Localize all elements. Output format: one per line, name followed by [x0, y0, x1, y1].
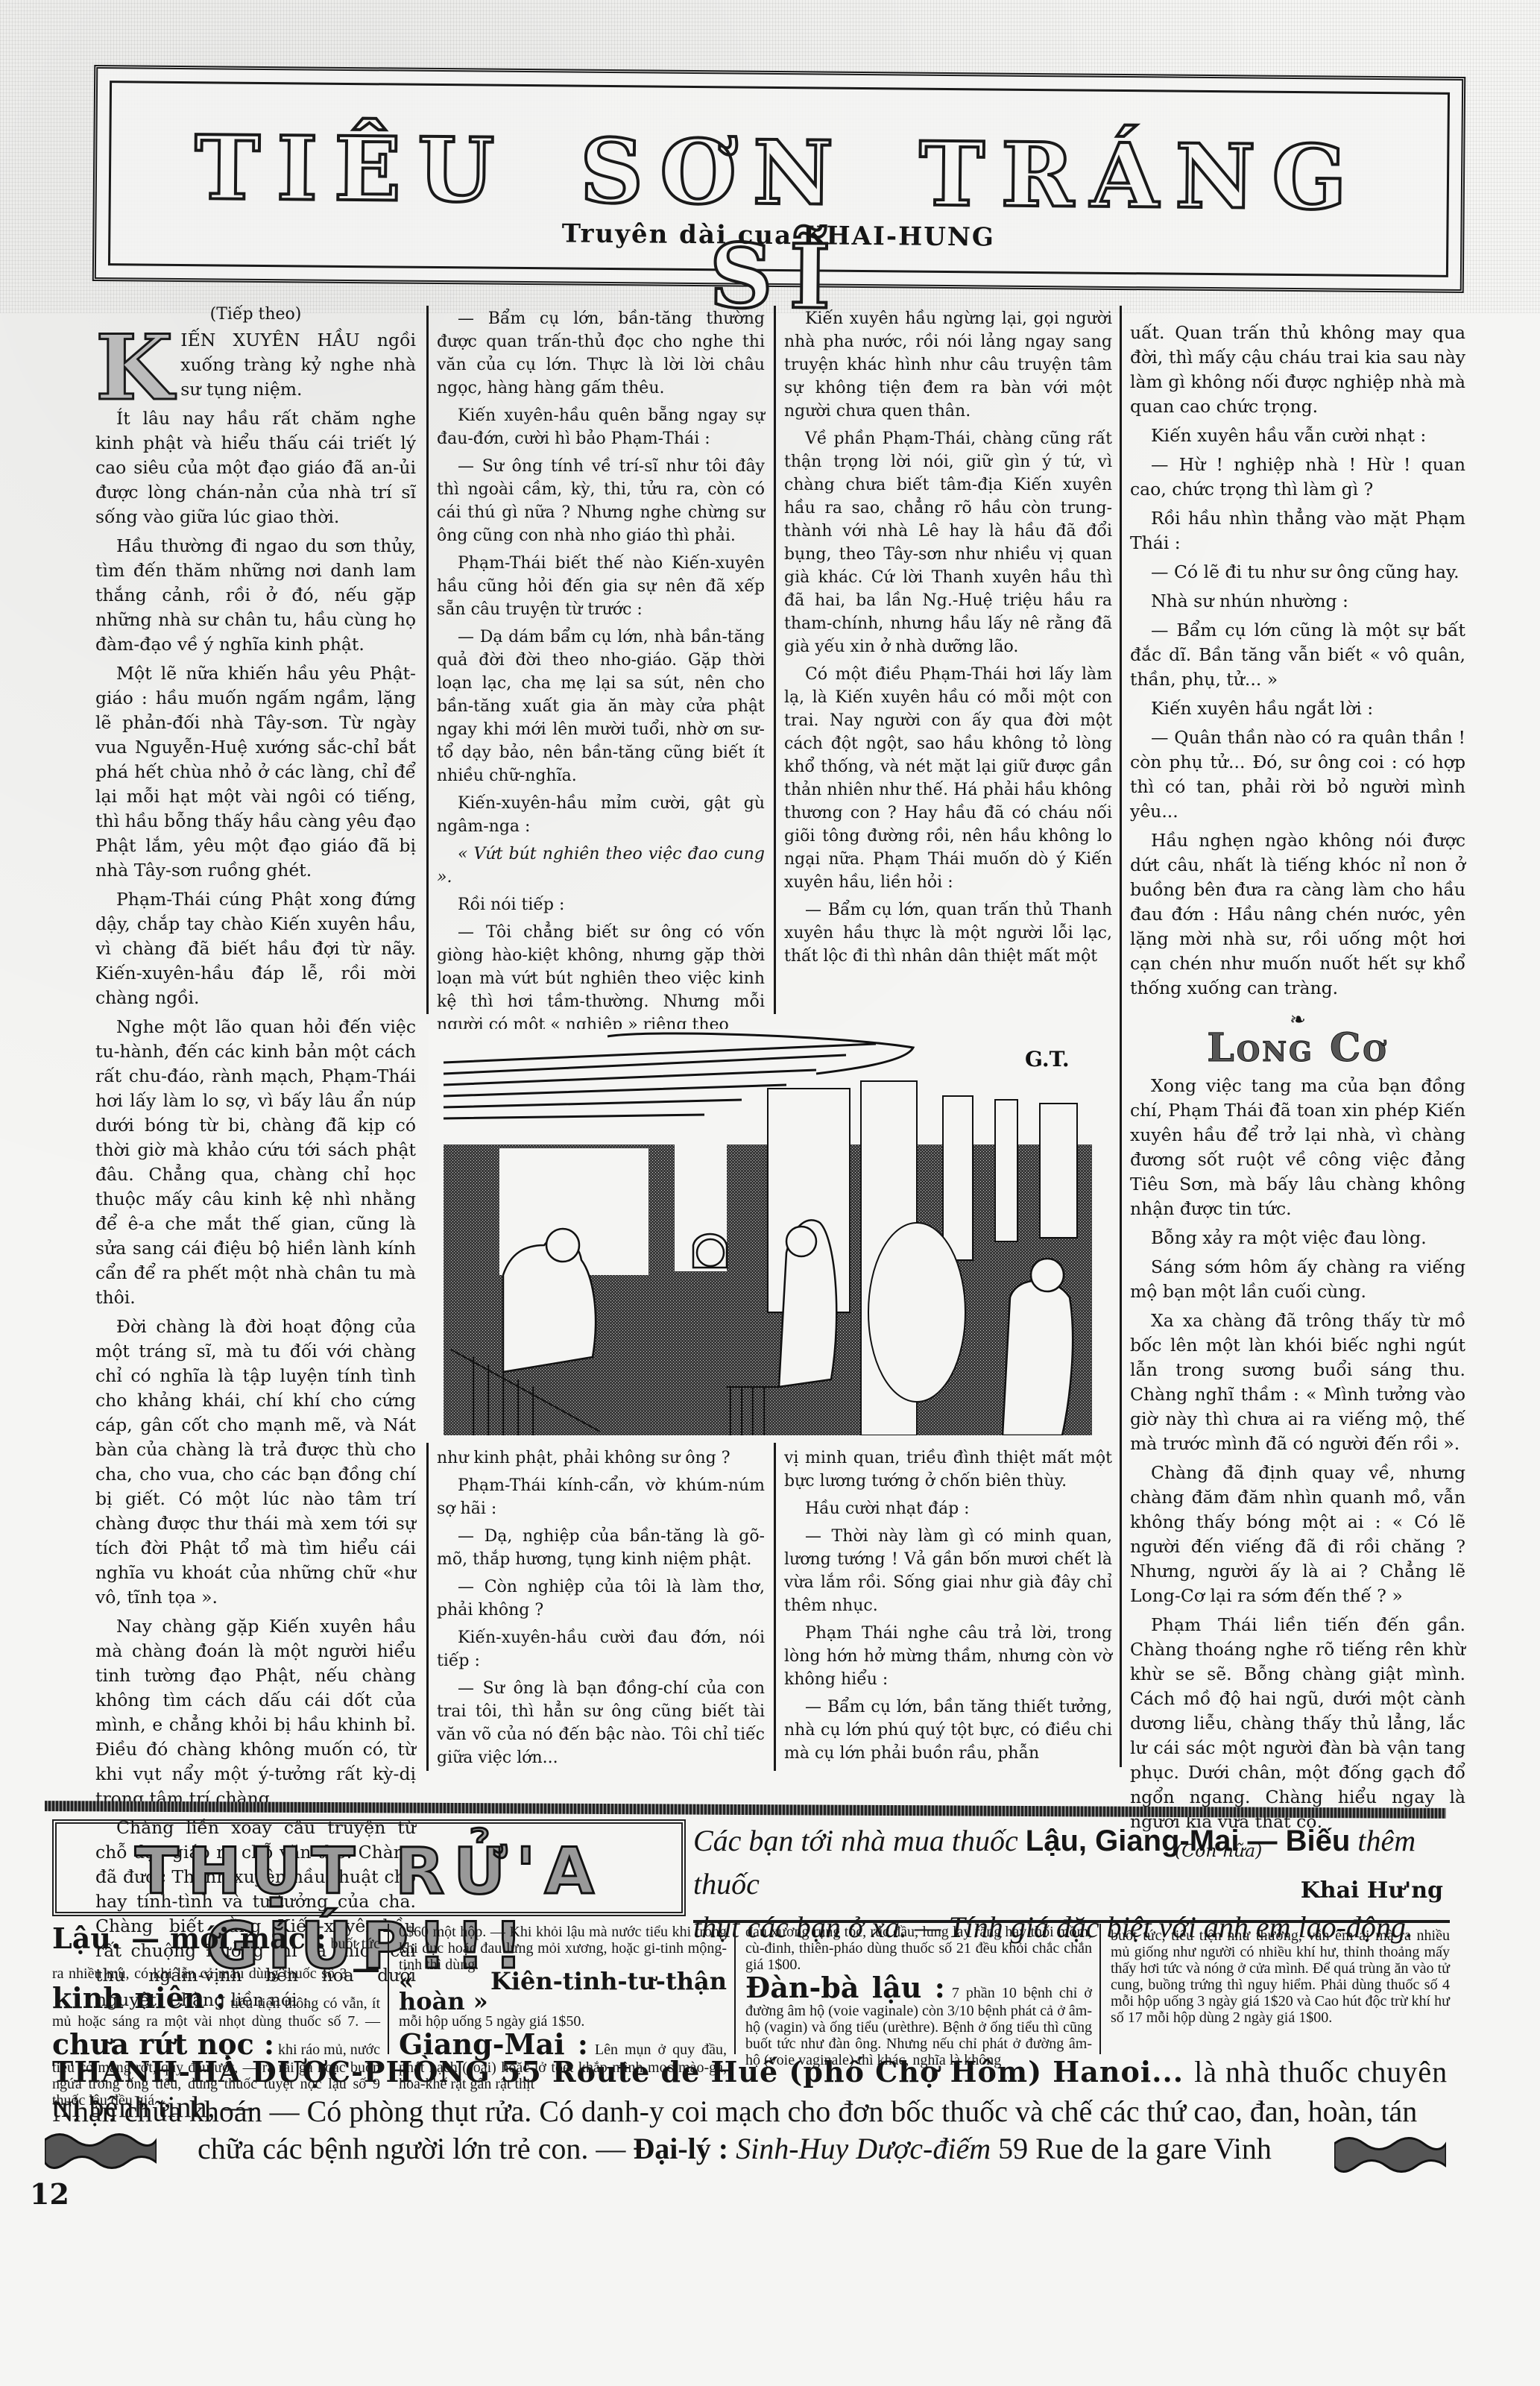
- wave-ornament-icon: [1334, 2132, 1446, 2177]
- wave-ornament-icon: [45, 2129, 157, 2173]
- illustrator-signature: G.T.: [1025, 1047, 1070, 1071]
- paragraph: Phạm-Thái biết thế nào Kiến-xuyên hầu cũ…: [437, 552, 765, 621]
- paragraph: Kiến-xuyên-hầu mỉm cười, gật gù ngâm-nga…: [437, 792, 765, 838]
- pharmacy-agent: chữa các bệnh người lớn trẻ con. — Đại-l…: [52, 2131, 1540, 2166]
- paragraph: Nay chàng gặp Kiến xuyên hầu mà chàng đo…: [95, 1614, 416, 1811]
- paragraph: — Còn nghiệp của tôi là làm thơ, phải kh…: [437, 1576, 765, 1622]
- ad-column-divider: [388, 1924, 389, 2054]
- paragraph: — Quân thần nào có ra quân thần ! còn ph…: [1130, 725, 1465, 824]
- paragraph: như kinh phật, phải không sư ông ?: [437, 1447, 765, 1470]
- paragraph: Hầu thường đi ngao du sơn thủy, tìm đến …: [95, 534, 416, 657]
- paragraph: Chàng đã định quay về, nhưng chàng đăm đ…: [1130, 1461, 1465, 1608]
- paragraph: Rồi nói tiếp :: [437, 893, 765, 916]
- paragraph: Kiến-xuyên-hầu cười đau đớn, nói tiếp :: [437, 1626, 765, 1672]
- paragraph: Rồi hầu nhìn thẳng vào mặt Phạm Thái :: [1130, 506, 1465, 555]
- ad-column-khi-hu: buốt tức, tiểu tiện như thường, vẫn êm á…: [1111, 1927, 1450, 2026]
- article-column-3-top: Kiến xuyên hầu ngừng lại, gọi người nhà …: [784, 307, 1112, 972]
- column-divider: [426, 1443, 429, 1771]
- masthead: TIÊU SƠN TRÁNG SĨ Truyên dài cua KHAI-HU…: [92, 65, 1465, 293]
- paragraph: KIẾN XUYÊN HẦU ngồi xuống tràng kỷ nghe …: [95, 328, 416, 402]
- paragraph: — Dạ, nghiệp của bần-tăng là gõ-mõ, thắp…: [437, 1525, 765, 1571]
- paragraph: — Bẩm cụ lớn cũng là một sự bất đắc dĩ. …: [1130, 618, 1465, 692]
- paragraph: — Có lẽ đi tu như sư ông cũng hay.: [1130, 560, 1465, 585]
- paragraph: Phạm Thái nghe câu trả lời, trong lòng h…: [784, 1622, 1112, 1691]
- article-column-4: uất. Quan trấn thủ không may qua đời, th…: [1130, 321, 1465, 1903]
- article-column-1: (Tiếp theo) KIẾN XUYÊN HẦU ngồi xuống tr…: [95, 302, 416, 2017]
- paragraph: Có một điều Phạm-Thái hơi lấy làm lạ, là…: [784, 663, 1112, 894]
- paragraph: — Bẩm cụ lớn, quan trấn thủ Thanh xuyên …: [784, 898, 1112, 968]
- ad-column-dan-ba-lau: đau xương rụng tóc, rúc đầu, lung lay ră…: [745, 1924, 1092, 2068]
- newspaper-page: TIÊU SƠN TRÁNG SĨ Truyên dài cua KHAI-HU…: [0, 0, 1540, 2386]
- illustration-drawing: G.T.: [429, 1029, 1107, 1435]
- paragraph: vị minh quan, triều đình thiệt mất một b…: [784, 1447, 1112, 1493]
- column-divider: [774, 1443, 776, 1771]
- paragraph: Nghe một lão quan hỏi đến việc tu-hành, …: [95, 1015, 416, 1310]
- ad-column-divider: [734, 1924, 736, 2054]
- paragraph: Về phần Phạm-Thái, chàng cũng rất thận t…: [784, 427, 1112, 658]
- story-illustration: G.T.: [429, 1029, 1107, 1435]
- paragraph: — Bẩm cụ lớn, bần-tăng thường được quan …: [437, 307, 765, 400]
- drop-cap: K: [95, 331, 173, 406]
- paragraph: Hầu nghẹn ngào không nói được dứt câu, n…: [1130, 828, 1465, 1001]
- paragraph: Nhà sư nhún nhường :: [1130, 589, 1465, 614]
- ad-rule: [693, 1920, 1450, 1923]
- paragraph: Kiến xuyên hầu ngắt lời :: [1130, 696, 1465, 721]
- paragraph: — Hừ ! nghiệp nhà ! Hừ ! quan cao, chức …: [1130, 453, 1465, 502]
- paragraph: Kiến xuyên hầu ngừng lại, gọi người nhà …: [784, 307, 1112, 423]
- pharmacy-services: Nhận chữa khoán — Có phòng thụt rửa. Có …: [52, 2094, 1468, 2129]
- verse-quote: « Vứt bút nghiên theo việc đao cung ».: [437, 843, 765, 889]
- paragraph: Phạm-Thái kính-cẩn, vờ khúm-núm sợ hãi :: [437, 1474, 765, 1520]
- ad-title-box: THỤT RỬ'A GIÚP!!!: [52, 1819, 686, 1916]
- paragraph: — Bẩm cụ lớn, bần tăng thiết tưởng, nhà …: [784, 1696, 1112, 1765]
- paragraph: — Dạ dám bẩm cụ lớn, nhà bần-tăng quả đờ…: [437, 626, 765, 787]
- column-divider: [1120, 306, 1122, 1767]
- paragraph: uất. Quan trấn thủ không may qua đời, th…: [1130, 321, 1465, 419]
- article-column-2-top: — Bẩm cụ lớn, bần-tăng thường được quan …: [437, 307, 765, 1041]
- paragraph: — Sư ông tính về trí-sĩ như tôi đây thì …: [437, 455, 765, 547]
- paragraph: Phạm Thái liền tiến đến gần. Chàng thoán…: [1130, 1613, 1465, 1834]
- paragraph: — Tôi chẳng biết sư ông có vốn giòng hào…: [437, 921, 765, 1036]
- paragraph: Hầu cười nhạt đáp :: [784, 1497, 1112, 1520]
- paragraph: Ít lâu nay hầu rất chăm nghe kinh phật v…: [95, 406, 416, 529]
- paragraph: Bỗng xảy ra một việc đau lòng.: [1130, 1226, 1465, 1250]
- paragraph: Sáng sớm hôm ấy chàng ra viếng mộ bạn mộ…: [1130, 1255, 1465, 1304]
- paragraph: Kiến xuyên-hầu quên bẵng ngay sự đau-đớn…: [437, 404, 765, 450]
- paragraph: — Thời này làm gì có minh quan, lương tư…: [784, 1525, 1112, 1617]
- page-number: 12: [30, 2177, 69, 2211]
- paragraph: Xa xa chàng đã trông thấy từ mồ bốc lên …: [1130, 1309, 1465, 1456]
- column-divider: [774, 306, 776, 1014]
- section-heading: Long Cơ: [1130, 1036, 1465, 1060]
- column-divider: [426, 306, 429, 1014]
- paragraph: Một lẽ nữa khiến hầu yêu Phật-giáo : hầu…: [95, 661, 416, 883]
- article-column-2-bottom: như kinh phật, phải không sư ông ? Phạm-…: [437, 1447, 765, 1774]
- ad-column-divider: [1099, 1924, 1101, 2054]
- paragraph: Kiến xuyên hầu vẫn cười nhạt :: [1130, 424, 1465, 448]
- paragraph: Xong việc tang ma của bạn đồng chí, Phạm…: [1130, 1074, 1465, 1221]
- paragraph: — Sư ông là bạn đồng-chí của con trai tô…: [437, 1677, 765, 1769]
- paragraph: Đời chàng là đời hoạt động của một tráng…: [95, 1315, 416, 1610]
- article-column-3-bottom: vị minh quan, triều đình thiệt mất một b…: [784, 1447, 1112, 1769]
- paragraph: Phạm-Thái cúng Phật xong đứng dậy, chắp …: [95, 887, 416, 1010]
